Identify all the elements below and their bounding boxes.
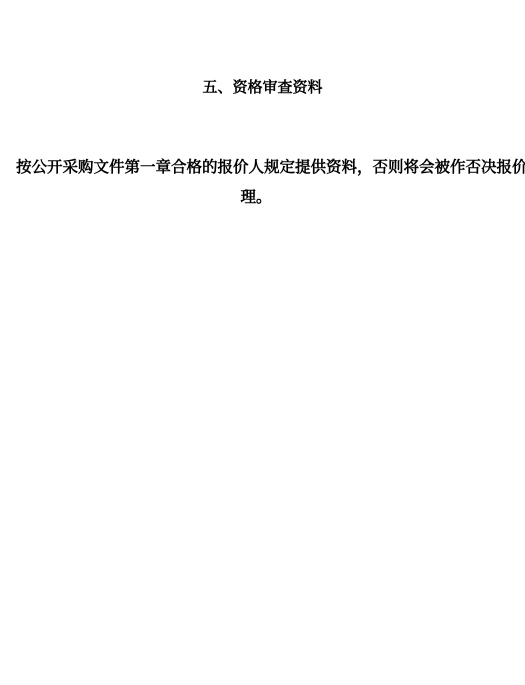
paragraph-line-2: 理。: [16, 182, 496, 212]
body-paragraph: 按公开采购文件第一章合格的报价人规定提供资料，否则将会被作否决报价处 理。: [16, 152, 496, 212]
paragraph-line-1: 按公开采购文件第一章合格的报价人规定提供资料，否则将会被作否决报价处: [16, 152, 496, 182]
section-title: 五、资格审查资料: [0, 77, 525, 97]
document-page: 五、资格审查资料 按公开采购文件第一章合格的报价人规定提供资料，否则将会被作否决…: [0, 0, 525, 685]
